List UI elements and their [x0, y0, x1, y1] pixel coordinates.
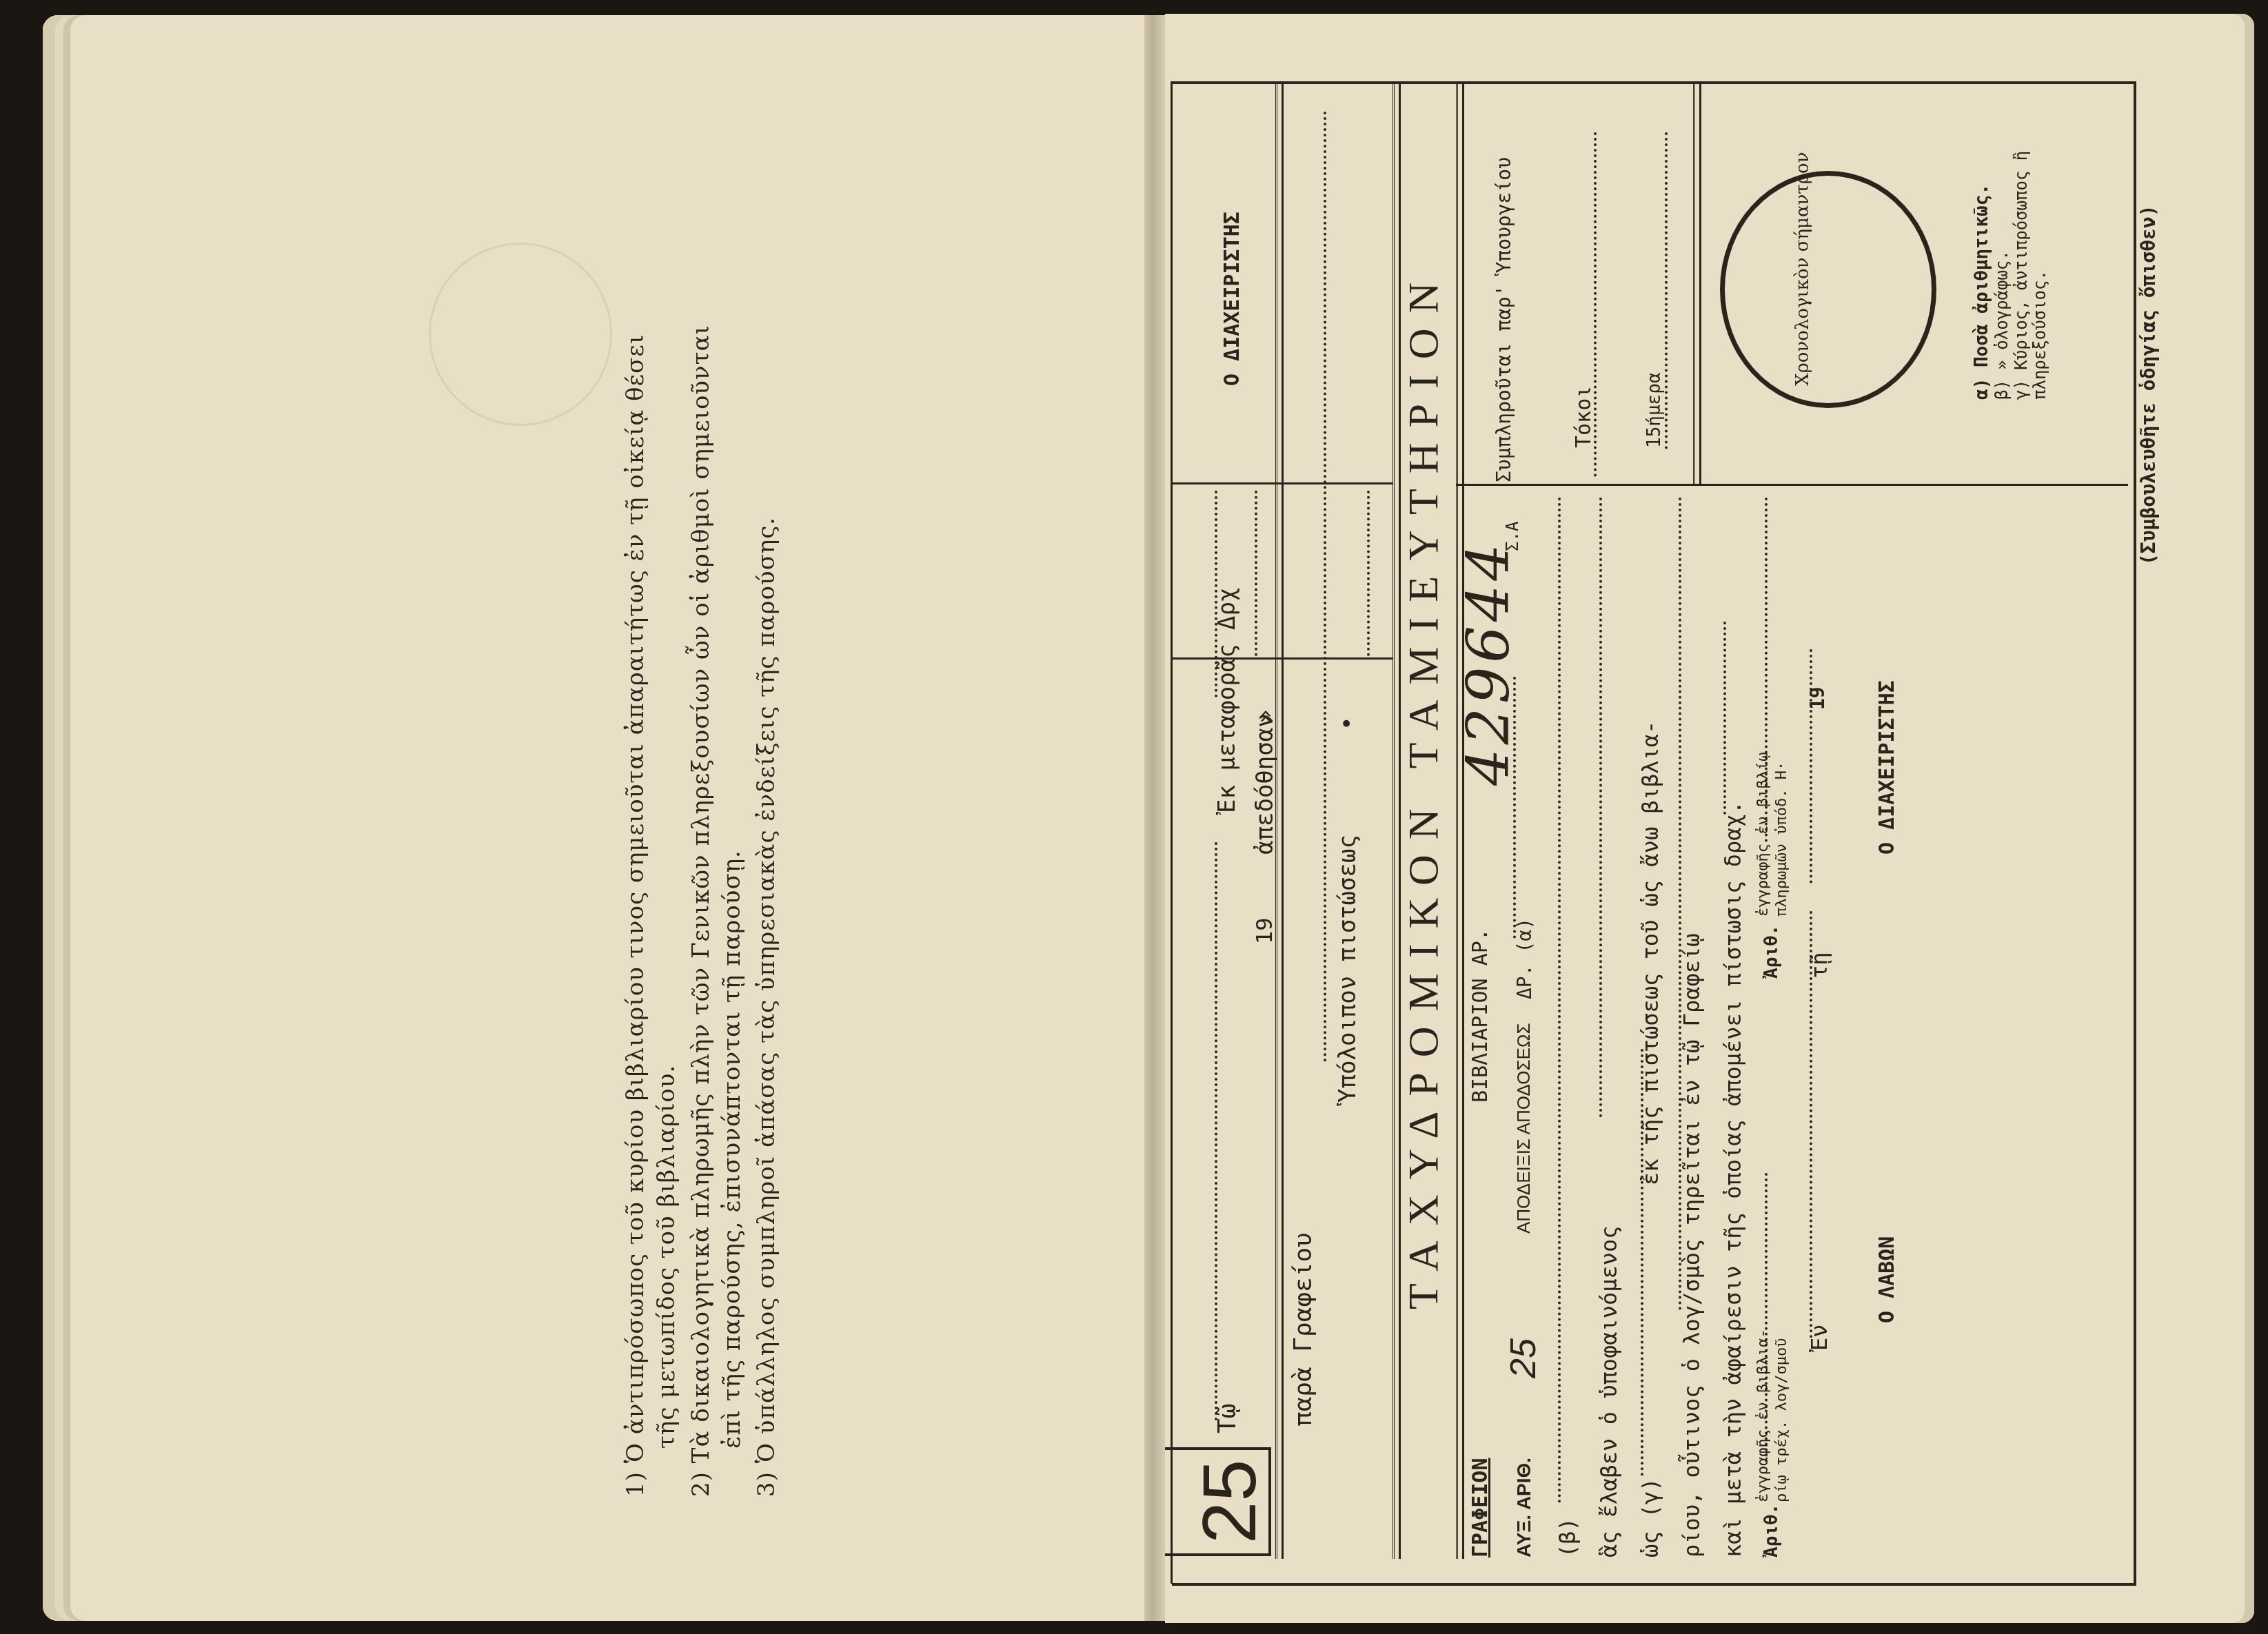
note-c: γ) Κύριος, ἀντιπρόσωπος ἢ	[2012, 151, 2031, 400]
entry-text-2a: ἐγγραφῆς ἐν βιβλίῳ	[1754, 753, 1772, 917]
balance-label: Ὑπόλοιπον πιστώσεως	[1334, 835, 1361, 1103]
paid-field[interactable]	[1255, 491, 1257, 656]
remaining-line: καὶ μετὰ τὴν ἀφαίρεσιν τῆς ὁποίας ἀπομέν…	[1720, 801, 1746, 1558]
carried-over-label: Ἐκ μεταφορᾶς Δρχ	[1213, 587, 1241, 813]
receiver-label: Ο ΛΑΒΩΝ	[1875, 1236, 1899, 1323]
day-label: τῇ	[1806, 952, 1832, 979]
day-field[interactable]	[1810, 649, 1812, 884]
instruction-1-line-2: τῆς μετωπίδος τοῦ βιβλιαρίου.	[653, 1065, 680, 1449]
year-prefix: 19	[1251, 917, 1277, 944]
faint-bleed-through-stamp	[429, 243, 612, 426]
receipts-label: ΑΠΟΔΕΙΞΙΣ ΑΠΟΔΟΣΕΩΣ	[1513, 1023, 1535, 1234]
entry-label-1: Ἀριθ.	[1761, 1504, 1782, 1558]
entry-text-1b: ρίῳ τρέχ. λογ/σμοῦ	[1773, 1338, 1790, 1502]
to-label: Τῷ	[1213, 1404, 1242, 1433]
account-line: ρίου, οὗτινος ὁ λογ/σμὸς τηρεῖται ἐν τῷ …	[1679, 934, 1705, 1558]
fortnight-label: 15ήμερα	[1644, 372, 1665, 448]
b-label: (β)	[1555, 1518, 1581, 1558]
form-left-border	[1171, 81, 1173, 1584]
gamma-label: ὡς (γ)	[1637, 1478, 1663, 1558]
serial-label: ΑΥΞ. ΑΡΙΘ.	[1513, 1458, 1535, 1558]
bottom-manager-label: Ο ΔΙΑΧΕΙΡΙΣΤΗΣ	[1875, 680, 1899, 855]
left-page: 1) Ὁ ἀντιπρόσωπος τοῦ κυρίου βιβλιαρίου …	[43, 15, 1153, 1621]
instruction-2-line-2: ἐπὶ τῆς παρούσης, ἐπισυνάπτονται τῇ παρο…	[718, 850, 746, 1449]
ditto-mark: »	[1251, 710, 1279, 724]
booklet-label: ΒΙΒΛΙΑΡΙΟΝ ΑΡ.	[1468, 928, 1492, 1103]
rule-title-double-right	[1456, 84, 1464, 1559]
rule-notes-divider	[1693, 84, 1701, 484]
from-office-field[interactable]	[1324, 112, 1326, 1063]
entry-text-1a: ἐγγραφῆς ἐν βιβλια-	[1754, 1329, 1772, 1502]
rule-top-section-divider	[1172, 482, 1393, 484]
entry-text-2b: πληρωμῶν ὑπόδ. Η·	[1773, 762, 1790, 917]
instruction-3-line-1: 3) Ὁ ὑπάλληλος συμπληροῖ ἁπάσας τὰς ὑπηρ…	[753, 517, 780, 1497]
received-by-field[interactable]	[1599, 498, 1602, 1118]
booklet-suffix: Σ.Α	[1503, 522, 1522, 551]
from-office-label: παρὰ Γραφείου	[1289, 1232, 1317, 1427]
paid-label: ἀπεδόθησαν	[1251, 713, 1279, 855]
note-d: πληρεξούσιος.	[2030, 270, 2049, 400]
note-a: α) Ποσὰ ἀριθμητικῶς.	[1972, 184, 1992, 400]
serial-value: 25	[1503, 1338, 1544, 1378]
rule-balance-divider	[1172, 657, 1393, 660]
ministry-note: Συμπληροῦται παρ' Ὑπουργείου	[1492, 157, 1515, 482]
top-manager-label: Ο ΔΙΑΧΕΙΡΙΣΤΗΣ	[1220, 212, 1244, 386]
note-b: β) » ὁλογράφως.	[1992, 250, 2012, 400]
to-date-field[interactable]	[1215, 842, 1217, 1421]
book-gutter	[1144, 15, 1165, 1621]
balance-field[interactable]	[1367, 491, 1370, 656]
balance-mark: •	[1334, 717, 1361, 731]
entry-label-2: Ἀριθ.	[1761, 925, 1782, 979]
instruction-2-line-1: 2) Τὰ δικαιολογητικὰ πληρωμῆς πλὴν τῶν Γ…	[687, 325, 715, 1497]
drachma-label: ΔΡ. (α)	[1513, 918, 1536, 999]
rule-right-section-bottom	[1456, 484, 2128, 486]
date-stamp-circle	[1720, 171, 1936, 408]
date-stamp-text: Χρονολογικὸν σήμαντρον	[1792, 152, 1813, 386]
interest-label: Τόκοι	[1572, 386, 1596, 448]
form-title: ΤΑΧΥΔΡΟΜΙΚΟΝ ΤΑΜΙΕΥΤΗΡΙΟΝ	[1399, 267, 1448, 1309]
place-label: Ἐν	[1806, 1324, 1832, 1351]
b-field[interactable]	[1558, 498, 1561, 1504]
year-label: 19	[1806, 686, 1829, 710]
fortnight-field[interactable]	[1665, 132, 1668, 449]
footer-note: (Συμβουλευθῆτε ὁδηγίας ὄπισθεν)	[2137, 205, 2160, 565]
received-line: ἃς ἔλαβεν ὁ ὑποφαινόμενος	[1596, 1225, 1622, 1558]
remaining-credit-field[interactable]	[1723, 622, 1726, 815]
instruction-1-line-1: 1) Ὁ ἀντιπρόσωπος τοῦ κυρίου βιβλιαρίου …	[622, 334, 649, 1497]
office-label: ΓΡΑΦΕΙΟΝ	[1468, 1458, 1492, 1558]
page-number: 25	[1186, 1460, 1273, 1544]
booklet-number: 429644	[1455, 540, 1522, 786]
credit-line: ἐκ τῆς πιστώσεως τοῦ ὡς ἄνω βιβλια-	[1637, 721, 1663, 1185]
